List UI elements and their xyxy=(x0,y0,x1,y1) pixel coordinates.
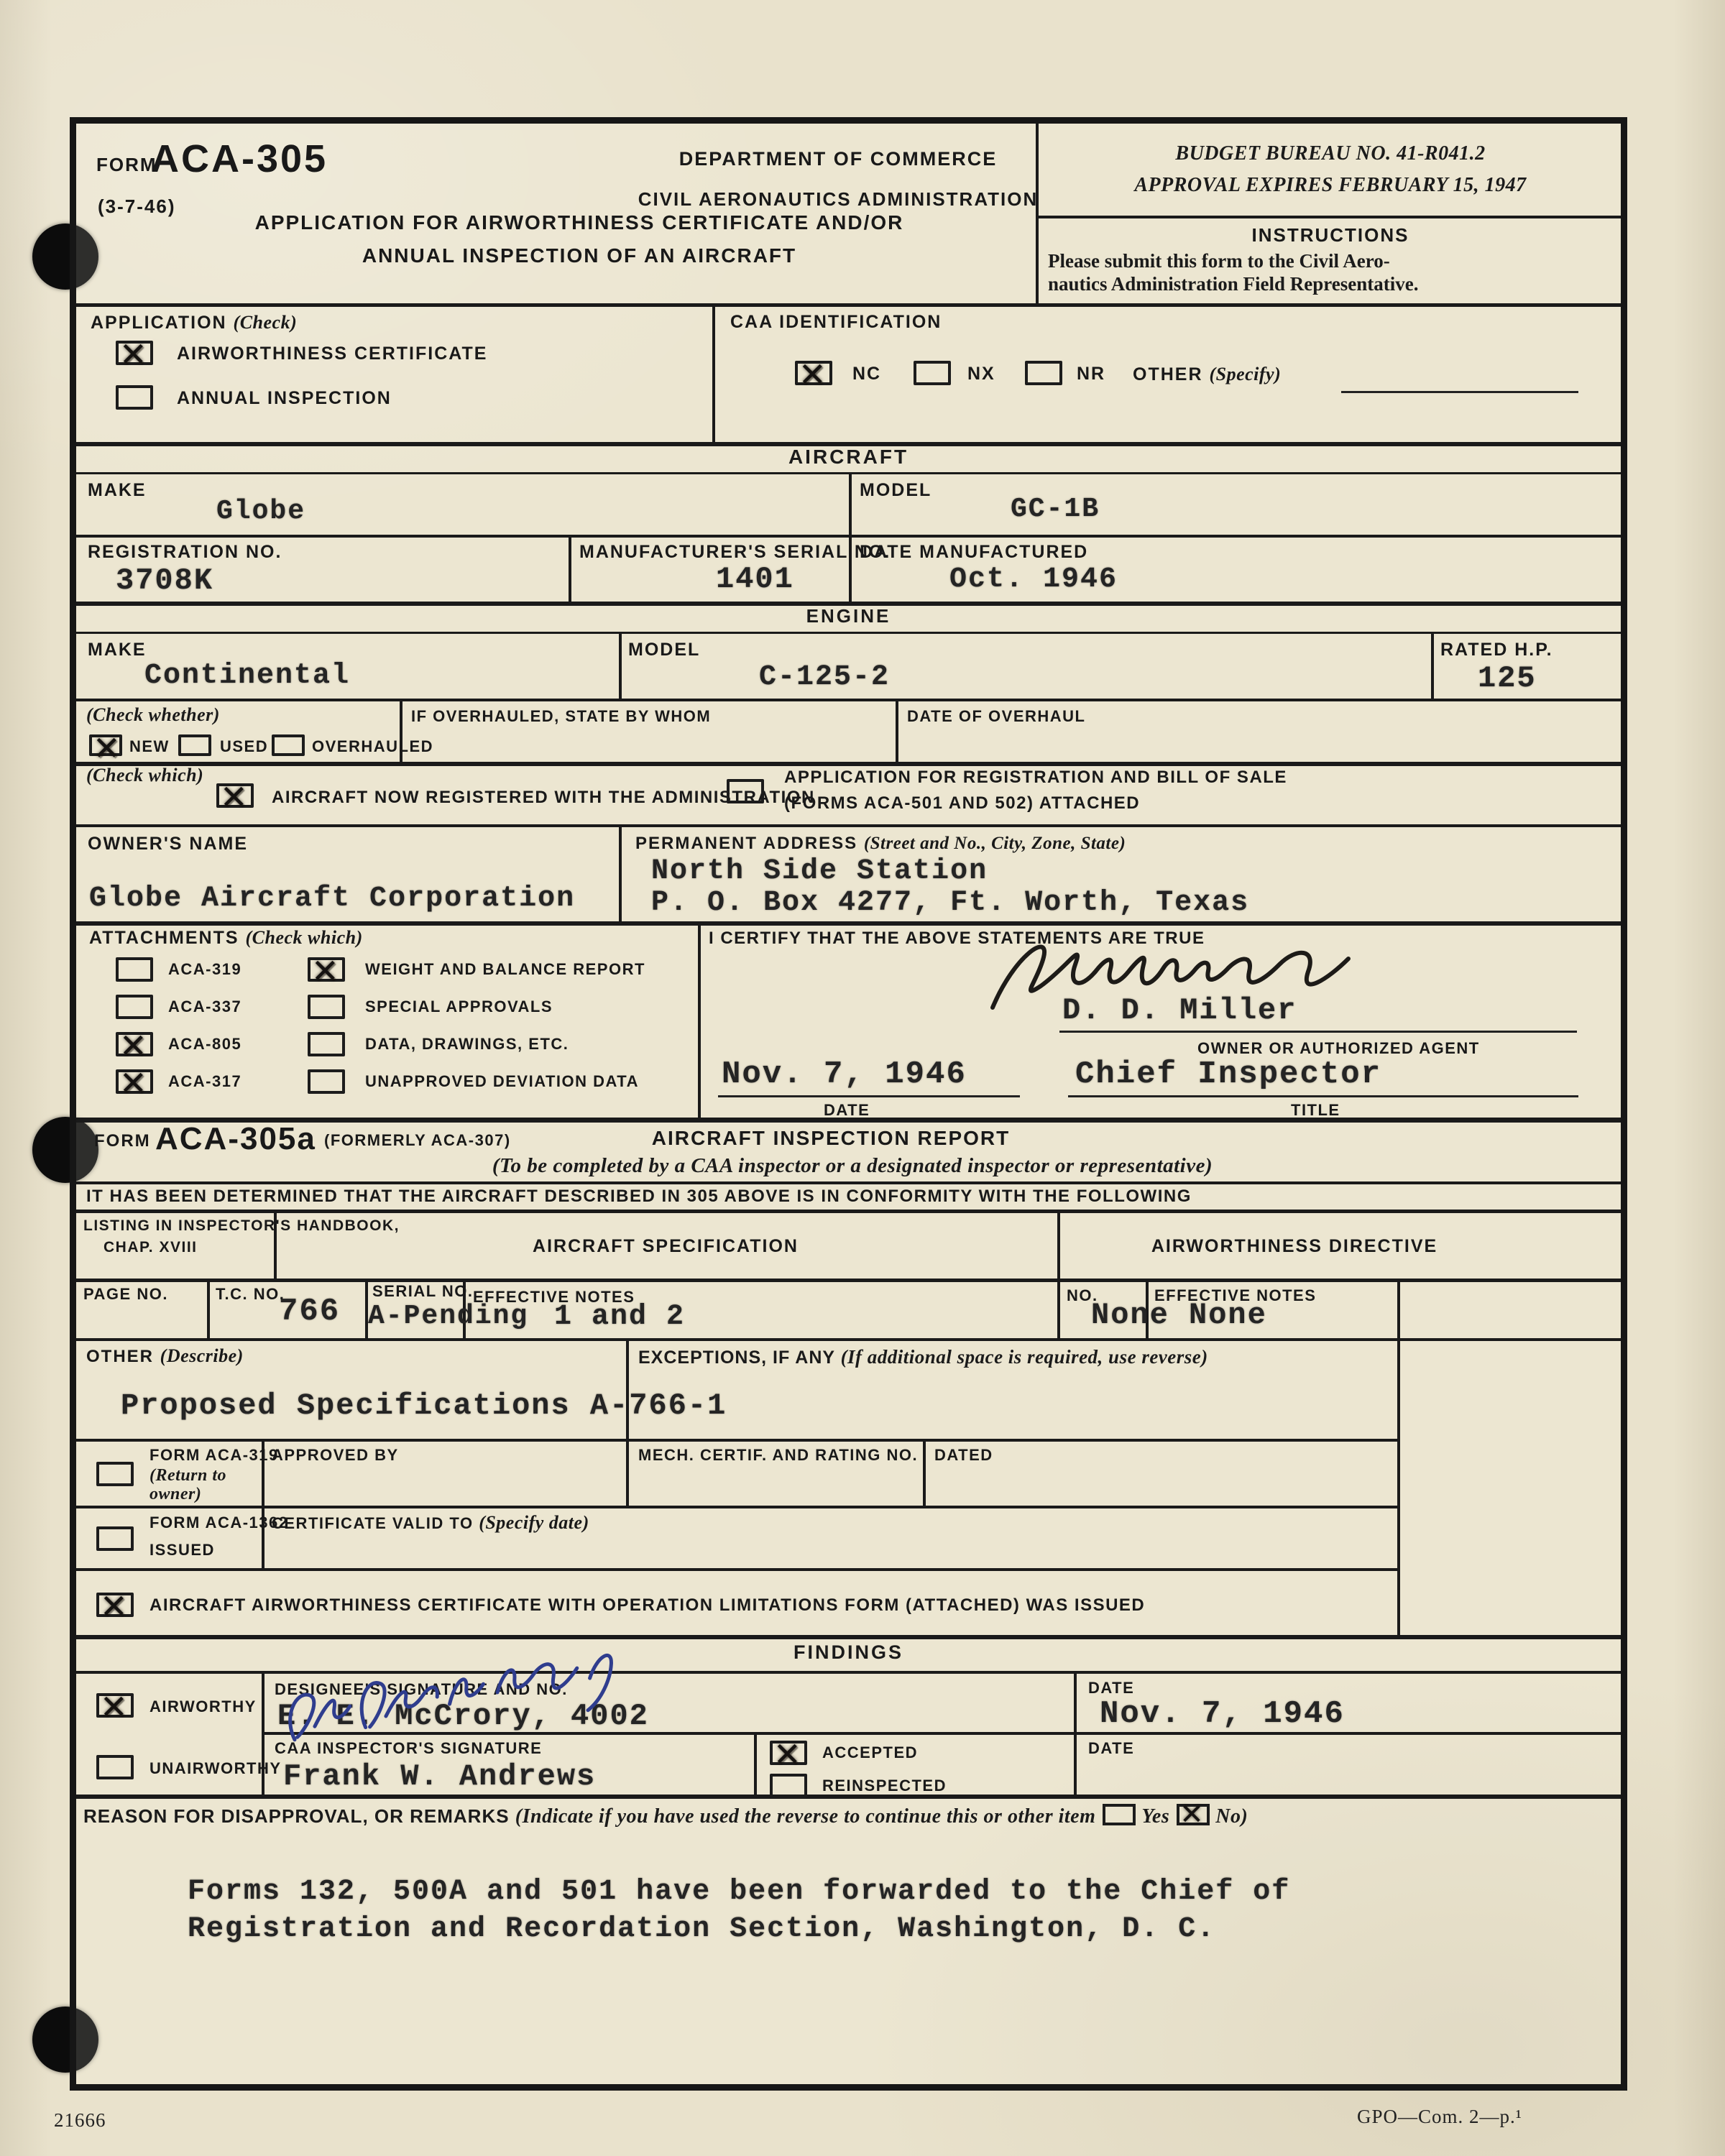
remarks-no-label: No) xyxy=(1215,1805,1248,1828)
line xyxy=(849,472,852,602)
line xyxy=(1036,216,1621,218)
unairworthy-checkbox[interactable] xyxy=(96,1755,134,1779)
registered-checkbox[interactable] xyxy=(216,783,254,808)
engine-overhauled-label: OVERHAULED xyxy=(312,737,433,756)
other-describe-value: Proposed Specifications A-766-1 xyxy=(121,1388,727,1423)
aircraft-model-value: GC-1B xyxy=(1011,494,1100,525)
accepted-checkbox[interactable] xyxy=(770,1741,807,1765)
form-title-line2: ANNUAL INSPECTION OF AN AIRCRAFT xyxy=(119,244,1039,267)
special-approvals-label: SPECIAL APPROVALS xyxy=(365,998,553,1016)
directive-header: AIRWORTHINESS DIRECTIVE xyxy=(1057,1236,1532,1257)
aca-319-checkbox[interactable] xyxy=(116,957,153,982)
line xyxy=(76,921,1621,926)
line xyxy=(698,921,701,1118)
annual-inspection-label: ANNUAL INSPECTION xyxy=(177,388,392,409)
weight-balance-label: WEIGHT AND BALANCE REPORT xyxy=(365,960,645,979)
weight-balance-checkbox[interactable] xyxy=(308,957,345,982)
engine-new-checkbox[interactable] xyxy=(89,734,122,756)
report-form-number: ACA-305a xyxy=(155,1121,316,1157)
form-label: FORM xyxy=(96,154,157,176)
instructions-line1: Please submit this form to the Civil Aer… xyxy=(1048,250,1390,272)
caa-identification-label: CAA IDENTIFICATION xyxy=(730,312,942,333)
line xyxy=(76,1439,1397,1442)
owner-address-line1: North Side Station xyxy=(651,855,988,888)
annual-inspection-checkbox[interactable] xyxy=(116,385,153,410)
findings-section-title: FINDINGS xyxy=(76,1641,1621,1664)
certification-title-value: Chief Inspector xyxy=(1075,1056,1381,1092)
unairworthy-label: UNAIRWORTHY xyxy=(149,1759,282,1778)
mech-certif-label: MECH. CERTIF. AND RATING NO. xyxy=(638,1446,918,1465)
line xyxy=(76,1210,1621,1213)
remarks-yes-label: Yes xyxy=(1141,1805,1169,1828)
remarks-label-row: REASON FOR DISAPPROVAL, OR REMARKS (Indi… xyxy=(83,1804,1248,1828)
remarks-yes-checkbox[interactable] xyxy=(1103,1804,1136,1825)
line xyxy=(76,1279,1621,1282)
form-aca-319-checkbox[interactable] xyxy=(96,1462,134,1486)
certificate-valid-to-text: CERTIFICATE VALID TO xyxy=(272,1514,474,1532)
report-formerly: (FORMERLY ACA-307) xyxy=(324,1131,511,1150)
line xyxy=(1431,632,1434,699)
line xyxy=(207,1279,210,1338)
certificate-valid-to-label: CERTIFICATE VALID TO (Specify date) xyxy=(272,1512,589,1534)
nc-checkbox[interactable] xyxy=(795,361,832,385)
line xyxy=(1057,1210,1060,1338)
line xyxy=(1397,1279,1400,1635)
date-line[interactable] xyxy=(718,1095,1020,1097)
engine-model-value: C-125-2 xyxy=(759,661,890,694)
reinspected-checkbox[interactable] xyxy=(770,1774,807,1798)
attachments-check-note: (Check which) xyxy=(246,927,363,948)
exceptions-label: EXCEPTIONS, IF ANY (If additional space … xyxy=(638,1345,1386,1370)
reinspected-label: REINSPECTED xyxy=(822,1777,947,1795)
special-approvals-checkbox[interactable] xyxy=(308,995,345,1019)
other-specify-line[interactable] xyxy=(1341,391,1578,393)
return-to-owner-line1: (Return to xyxy=(149,1466,226,1485)
nc-label: NC xyxy=(852,364,881,384)
aca-805-checkbox[interactable] xyxy=(116,1032,153,1056)
scanned-form-page: { "page": {"stock_number": "21666", "gpo… xyxy=(0,0,1725,2156)
listing-header-line1: LISTING IN INSPECTOR'S HANDBOOK, xyxy=(83,1217,400,1235)
page-no-label: PAGE NO. xyxy=(83,1285,168,1304)
exceptions-label-text: EXCEPTIONS, IF ANY xyxy=(638,1347,835,1368)
dated-label: DATED xyxy=(934,1446,993,1465)
accepted-label: ACCEPTED xyxy=(822,1743,918,1762)
aircraft-make-value: Globe xyxy=(216,496,305,527)
form-aca-319-label: FORM ACA-319 xyxy=(149,1446,279,1465)
line xyxy=(76,699,1621,701)
nx-label: NX xyxy=(967,364,995,384)
aca-805-label: ACA-805 xyxy=(168,1035,241,1054)
line xyxy=(569,535,571,602)
owner-address-line2: P. O. Box 4277, Ft. Worth, Texas xyxy=(651,887,1249,919)
return-to-owner-line2: owner) xyxy=(149,1485,201,1504)
remarks-note: (Indicate if you have used the reverse t… xyxy=(515,1805,1096,1828)
owner-name-label: OWNER'S NAME xyxy=(88,834,248,854)
line xyxy=(76,1181,1621,1184)
rated-hp-value: 125 xyxy=(1478,661,1537,696)
remarks-body-line1: Forms 132, 500A and 501 have been forwar… xyxy=(188,1876,1290,1908)
directive-notes-value: None xyxy=(1189,1298,1267,1332)
caa-inspector-signature-value: Frank W. Andrews xyxy=(283,1759,596,1794)
date-of-overhaul-label: DATE OF OVERHAUL xyxy=(907,707,1085,726)
overhauled-by-whom-label: IF OVERHAULED, STATE BY WHOM xyxy=(411,707,711,726)
check-whether-note: (Check whether) xyxy=(86,704,220,726)
unapproved-deviation-label: UNAPPROVED DEVIATION DATA xyxy=(365,1072,639,1091)
instructions-title: INSTRUCTIONS xyxy=(1046,224,1614,247)
engine-overhauled-checkbox[interactable] xyxy=(272,734,305,756)
data-drawings-label: DATA, DRAWINGS, ETC. xyxy=(365,1035,569,1054)
check-which-note: (Check which) xyxy=(86,765,203,786)
line xyxy=(619,632,622,699)
line xyxy=(712,303,715,442)
airworthy-label: AIRWORTHY xyxy=(149,1697,257,1716)
owner-signature-typed: D. D. Miller xyxy=(1062,993,1297,1028)
permanent-address-note: (Street and No., City, Zone, State) xyxy=(864,834,1126,853)
other-label-text: OTHER xyxy=(1133,364,1203,384)
certification-date-value: Nov. 7, 1946 xyxy=(722,1056,967,1092)
aca-305-form: FORM ACA-305 (3-7-46) DEPARTMENT OF COMM… xyxy=(70,117,1627,2091)
aircraft-make-label: MAKE xyxy=(88,480,147,501)
engine-used-label: USED xyxy=(220,737,268,756)
date-manufactured-label: DATE MANUFACTURED xyxy=(860,542,1088,563)
line xyxy=(1074,1671,1077,1795)
budget-bureau-line2: APPROVAL EXPIRES FEBRUARY 15, 1947 xyxy=(1046,174,1614,197)
engine-model-label: MODEL xyxy=(628,640,700,660)
line xyxy=(923,1439,926,1506)
effective-notes-value: 1 and 2 xyxy=(554,1301,685,1333)
spec-header: AIRCRAFT SPECIFICATION xyxy=(274,1236,1057,1257)
unapproved-deviation-checkbox[interactable] xyxy=(308,1069,345,1094)
owner-name-value: Globe Aircraft Corporation xyxy=(89,883,575,915)
other-describe-text: OTHER xyxy=(86,1347,154,1366)
tc-no-label: T.C. NO. xyxy=(216,1285,285,1304)
line xyxy=(76,632,1621,634)
signature-line[interactable] xyxy=(1059,1031,1577,1033)
application-attached-checkbox[interactable] xyxy=(727,779,764,803)
report-form-label: FORM xyxy=(94,1131,151,1151)
form-aca-1362-issued: ISSUED xyxy=(149,1541,215,1560)
stock-number: 21666 xyxy=(54,2109,106,2132)
line xyxy=(76,1568,1397,1571)
aircraft-section-title: AIRCRAFT xyxy=(76,446,1621,469)
permanent-address-label: PERMANENT ADDRESS (Street and No., City,… xyxy=(635,834,1126,854)
aca-317-label: ACA-317 xyxy=(168,1072,241,1091)
serial-no-value: 1401 xyxy=(716,562,794,596)
listing-header-line2: CHAP. XVIII xyxy=(103,1239,197,1256)
line xyxy=(76,762,1621,766)
line xyxy=(76,1506,1397,1508)
findings-date-label: DATE xyxy=(1088,1679,1134,1697)
line xyxy=(896,699,898,762)
registration-no-value: 3708K xyxy=(116,563,213,598)
engine-used-checkbox[interactable] xyxy=(178,734,211,756)
airworthiness-certificate-checkbox[interactable] xyxy=(116,341,153,365)
form-aca-1362-label: FORM ACA-1362 xyxy=(149,1514,289,1532)
data-drawings-checkbox[interactable] xyxy=(308,1032,345,1056)
airworthy-checkbox[interactable] xyxy=(96,1693,134,1718)
application-label: APPLICATION (Check) xyxy=(91,312,297,333)
department-line1: DEPARTMENT OF COMMERCE xyxy=(608,148,1068,170)
application-check-note: (Check) xyxy=(234,312,298,333)
approved-by-label: APPROVED BY xyxy=(272,1446,399,1465)
report-title: AIRCRAFT INSPECTION REPORT xyxy=(507,1127,1154,1150)
other-specify-note: (Specify) xyxy=(1209,364,1281,384)
permanent-address-label-text: PERMANENT ADDRESS xyxy=(635,834,857,853)
certification-date-label: DATE xyxy=(824,1101,870,1120)
other-describe-label: OTHER (Describe) xyxy=(86,1345,244,1367)
application-attached-line2: (FORMS ACA-501 AND 502) ATTACHED xyxy=(784,793,1140,814)
engine-section-title: ENGINE xyxy=(76,605,1621,627)
line xyxy=(76,1635,1621,1639)
department-line2: CIVIL AERONAUTICS ADMINISTRATION xyxy=(608,188,1068,211)
attachments-label: ATTACHMENTS (Check which) xyxy=(89,927,363,949)
aca-319-label: ACA-319 xyxy=(168,960,241,979)
instructions-line2: nautics Administration Field Representat… xyxy=(1048,273,1419,295)
aca-337-checkbox[interactable] xyxy=(116,995,153,1019)
line xyxy=(76,1338,1621,1341)
other-label: OTHER (Specify) xyxy=(1133,364,1281,385)
report-subtitle: (To be completed by a CAA inspector or a… xyxy=(191,1154,1514,1178)
serial-no-label: MANUFACTURER'S SERIAL NO. xyxy=(579,542,891,563)
nr-checkbox[interactable] xyxy=(1025,361,1062,385)
rated-hp-label: RATED H.P. xyxy=(1440,640,1553,660)
registration-no-label: REGISTRATION NO. xyxy=(88,542,282,563)
engine-new-label: NEW xyxy=(129,737,170,756)
tc-no-value: 766 xyxy=(279,1294,340,1330)
engine-make-label: MAKE xyxy=(88,640,147,660)
gpo-note: GPO—Com. 2—p.¹ xyxy=(1357,2106,1522,2128)
determination-statement: IT HAS BEEN DETERMINED THAT THE AIRCRAFT… xyxy=(86,1187,1192,1207)
title-line[interactable] xyxy=(1068,1095,1578,1097)
nr-label: NR xyxy=(1077,364,1105,384)
date-manufactured-value: Oct. 1946 xyxy=(949,563,1118,596)
owner-agent-label: OWNER OR AUTHORIZED AGENT xyxy=(1197,1039,1480,1058)
budget-bureau-line1: BUDGET BUREAU NO. 41-R041.2 xyxy=(1046,142,1614,165)
aircraft-model-label: MODEL xyxy=(860,480,931,501)
other-describe-note: (Describe) xyxy=(160,1345,244,1366)
form-aca-1362-checkbox[interactable] xyxy=(96,1526,134,1551)
findings-date2-label: DATE xyxy=(1088,1739,1134,1758)
airworthiness-certificate-label: AIRWORTHINESS CERTIFICATE xyxy=(177,344,487,364)
certificate-issued-checkbox[interactable] xyxy=(96,1593,134,1617)
form-title-line1: APPLICATION FOR AIRWORTHINESS CERTIFICAT… xyxy=(119,211,1039,234)
line xyxy=(76,303,1621,307)
line xyxy=(76,824,1621,827)
aca-317-checkbox[interactable] xyxy=(116,1069,153,1094)
remarks-label: REASON FOR DISAPPROVAL, OR REMARKS xyxy=(83,1805,510,1827)
exceptions-note: (If additional space is required, use re… xyxy=(841,1346,1208,1368)
nx-checkbox[interactable] xyxy=(914,361,951,385)
application-label-text: APPLICATION xyxy=(91,313,227,333)
certificate-valid-to-note: (Specify date) xyxy=(479,1512,589,1533)
certificate-issued-label: AIRCRAFT AIRWORTHINESS CERTIFICATE WITH … xyxy=(149,1595,1145,1616)
findings-date-value: Nov. 7, 1946 xyxy=(1100,1696,1345,1732)
certification-title-label: TITLE xyxy=(1291,1101,1340,1120)
aca-337-label: ACA-337 xyxy=(168,998,241,1016)
form-number: ACA-305 xyxy=(151,137,328,181)
remarks-body-line2: Registration and Recordation Section, Wa… xyxy=(188,1913,1215,1945)
remarks-no-checkbox[interactable] xyxy=(1177,1804,1210,1825)
caa-inspector-signature-label: CAA INSPECTOR'S SIGNATURE xyxy=(275,1739,542,1758)
engine-make-value: Continental xyxy=(144,660,350,692)
application-attached-line1: APPLICATION FOR REGISTRATION AND BILL OF… xyxy=(784,768,1287,788)
line xyxy=(619,824,622,921)
report-serial-label: SERIAL NO. xyxy=(372,1282,474,1301)
attachments-label-text: ATTACHMENTS xyxy=(89,928,239,948)
line xyxy=(754,1732,757,1795)
